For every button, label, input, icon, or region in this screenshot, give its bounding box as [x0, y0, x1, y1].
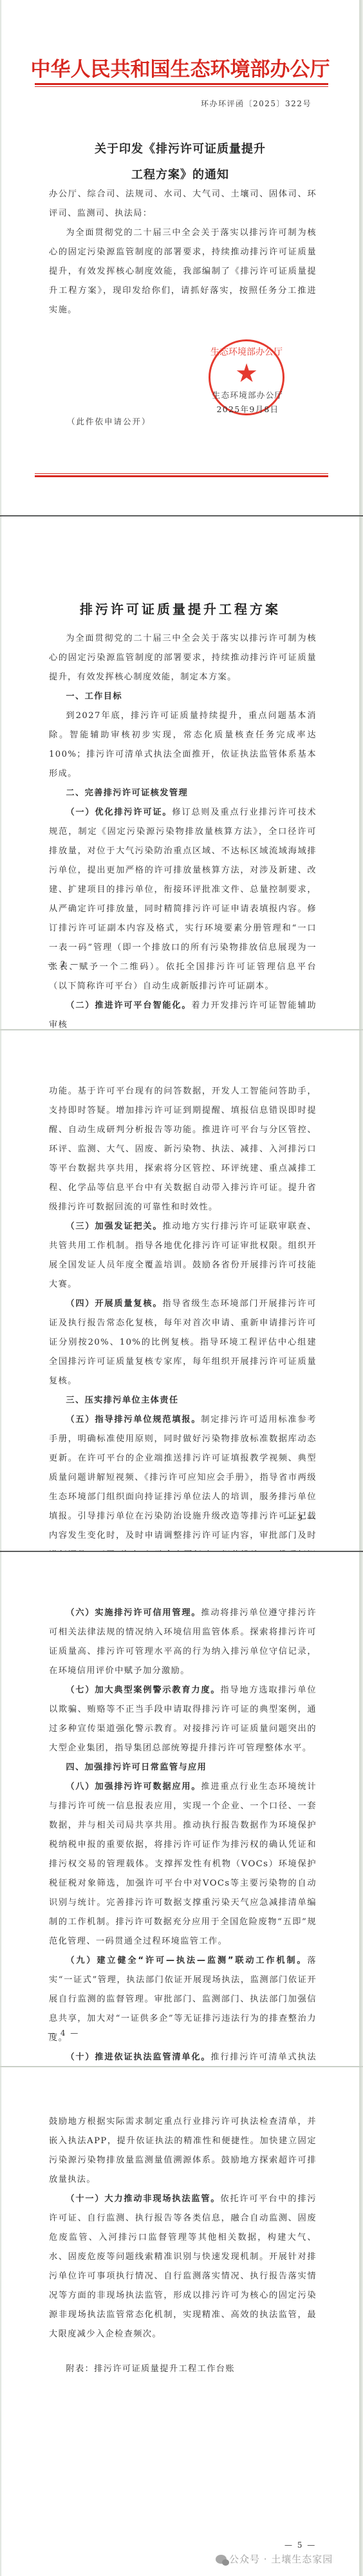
item-7-title: （七）加大典型案例警示教育力度。: [66, 1685, 220, 1695]
watermark-text: 公众号 · 土壤生态家园: [229, 2553, 333, 2565]
page-4: （六）实施排污许可信用管理。推动将排污单位遵守排污许可相关法律法规的情况纳入环境…: [1, 1552, 361, 2066]
attachment-note: 附表：排污许可证质量提升工程工作台账: [49, 2360, 317, 2379]
issuer-letterhead: 中华人民共和国生态环境部办公厅: [1, 53, 359, 82]
item-11-body: 依托许可平台中的排污许可证、自行监测、执行报告等各类信息，融合自动监测、固废危废…: [49, 2194, 317, 2339]
red-rule-bottom-thin: [35, 473, 328, 474]
notice-body: 办公厅、综合司、法规司、水司、大气司、土壤司、固体司、环评司、监测司、执法局： …: [49, 185, 317, 320]
item-1: （一）优化排污许可证。修订总则及重点行业排污许可技术规范，制定《固定污染源污染物…: [49, 803, 317, 996]
page-4-body: （六）实施排污许可信用管理。推动将排污单位遵守排污许可相关法律法规的情况纳入环境…: [49, 1604, 317, 2087]
item-2-title: （二）推进许可平台智能化。: [66, 1001, 191, 1010]
page-number: — 5 —: [284, 2541, 316, 2550]
item-11-title: （十一）大力推动非现场执法监管。: [66, 2194, 220, 2204]
notice-title-line1: 关于印发《排污许可证质量提升: [1, 137, 359, 162]
section-1-heading: 一、工作目标: [49, 687, 317, 706]
seal-star-icon: ★: [210, 361, 283, 386]
item-7-body: 指导地方选取排污单位以欺骗、贿赂等不正当手段申请取得排污许可证的典型案例，通过多…: [49, 1685, 317, 1753]
item-6-body: 推动将排污单位遵守排污许可相关法律法规的情况纳入环境信用监管体系。探索将排污许可…: [49, 1608, 317, 1676]
page-2-body: 为全面贯彻党的二十届三中全会关于落实以排污许可制为核心的固定污染源监管制度的部署…: [49, 629, 317, 1035]
item-4-title: （四）开展质量复核。: [66, 1299, 162, 1309]
wechat-icon: [216, 2555, 227, 2564]
seal-text: 生态环境部办公厅: [210, 345, 283, 358]
item-2-continued: 功能。基于许可平台现有的问答数据，开发人工智能问答助手，支持即时答疑。增加排污许…: [49, 1082, 317, 1217]
wechat-watermark: 公众号 · 土壤生态家园: [216, 2552, 333, 2566]
item-10-title: （十）推进依证执法监管清单化。: [66, 2052, 210, 2062]
plan-intro: 为全面贯彻党的二十届三中全会关于落实以排污许可制为核心的固定污染源监管制度的部署…: [49, 629, 317, 687]
item-7: （七）加大典型案例警示教育力度。指导地方选取排污单位以欺骗、贿赂等不正当手段申请…: [49, 1681, 317, 1758]
red-rule-bottom: [35, 475, 328, 477]
page-2: 排污许可证质量提升工程方案 为全面贯彻党的二十届三中全会关于落实以排污许可制为核…: [1, 516, 361, 1029]
item-9-body: 落实“一证式”管理，执法部门依证开展现场执法，监测部门依证开展自行监测的监督管理…: [49, 1956, 317, 2043]
document-number: 环办环评函〔2025〕322号: [201, 98, 312, 109]
page-number: — 4 —: [48, 2029, 79, 2038]
page-number: — 2 —: [48, 960, 79, 969]
item-3: （三）加强发证把关。推动地方实行排污许可证联审联查、共管共用工作机制。指导各地优…: [49, 1217, 317, 1294]
item-9: （九）建立健全“许可—执法—监测”联动工作机制。落实“一证式”管理，执法部门依证…: [49, 1951, 317, 2048]
item-9-title: （九）建立健全“许可—执法—监测”联动工作机制。: [66, 1956, 307, 1965]
recipients: 办公厅、综合司、法规司、水司、大气司、土壤司、固体司、环评司、监测司、执法局：: [49, 185, 317, 223]
red-rule-top-thin: [35, 86, 328, 87]
section-4-heading: 四、加强排污许可日常监管与应用: [49, 1758, 317, 1777]
item-8: （八）加强排污许可数据应用。推进重点行业生态环境统计与排污许可统一信息报表应用，…: [49, 1777, 317, 1951]
item-5-title: （五）指导排污单位规范填报。: [66, 1415, 201, 1425]
item-6-title: （六）实施排污许可信用管理。: [66, 1608, 201, 1618]
section-1-body: 到2027年底，排污许可证质量持续提升，重点问题基本消除。智能辅助审核初步实现，…: [49, 706, 317, 784]
item-4: （四）开展质量复核。指导省级生态环境部门开展排污许可证及执行报告常态化复核，每年…: [49, 1294, 317, 1391]
page-5: 鼓励地方根据实际需求制定重点行业排污许可执法检查清单，并嵌入执法APP，提升依证…: [1, 2067, 361, 2576]
section-3-heading: 三、压实排污单位主体责任: [49, 1391, 317, 1410]
item-6: （六）实施排污许可信用管理。推动将排污单位遵守排污许可相关法律法规的情况纳入环境…: [49, 1604, 317, 1681]
page-1: 中华人民共和国生态环境部办公厅 环办环评函〔2025〕322号 关于印发《排污许…: [1, 0, 361, 515]
item-8-title: （八）加强排污许可数据应用。: [66, 1782, 201, 1792]
section-2-heading: 二、完善排污许可证核发管理: [49, 784, 317, 803]
sign-date: 2025年9月8日: [206, 403, 290, 415]
item-1-body: 修订总则及重点行业排污许可技术规范，制定《固定污染源污染物排放量核算方法》，全口…: [49, 808, 317, 991]
item-1-title: （一）优化排污许可证。: [66, 808, 172, 817]
public-disclosure-note: （此件依申请公开）: [67, 415, 151, 427]
item-4-body: 指导省级生态环境部门开展排污许可证及执行报告常态化复核，每年对首次申请、重新申请…: [49, 1299, 317, 1386]
page-3: 功能。基于许可平台现有的问答数据，开发人工智能问答助手，支持即时答疑。增加排污许…: [1, 1030, 361, 1551]
page-5-body: 鼓励地方根据实际需求制定重点行业排污许可执法检查清单，并嵌入执法APP，提升依证…: [49, 2112, 317, 2379]
page-3-body: 功能。基于许可平台现有的问答数据，开发人工智能问答助手，支持即时答疑。增加排污许…: [49, 1082, 317, 1584]
item-3-title: （三）加强发证把关。: [66, 1222, 162, 1231]
item-8-body: 推进重点行业生态环境统计与排污许可统一信息报表应用，实现一个企业、一个口径、一套…: [49, 1782, 317, 1946]
item-11: （十一）大力推动非现场执法监管。依托许可平台中的排污许可证、自行监测、执行报告等…: [49, 2190, 317, 2344]
notice-title-line2: 工程方案》的通知: [1, 162, 359, 188]
notice-paragraph: 为全面贯彻党的二十届三中全会关于落实以排污许可制为核心的固定污染源监管制度的部署…: [49, 223, 317, 320]
notice-title: 关于印发《排污许可证质量提升 工程方案》的通知: [1, 137, 359, 188]
page-number: — 3 —: [284, 1513, 316, 1522]
red-rule-top: [35, 83, 328, 85]
plan-title: 排污许可证质量提升工程方案: [1, 599, 359, 618]
item-10-continued: 鼓励地方根据实际需求制定重点行业排污许可执法检查清单，并嵌入执法APP，提升依证…: [49, 2112, 317, 2190]
item-3-body: 推动地方实行排污许可证联审联查、共管共用工作机制。指导各地优化排污许可证审批权限…: [49, 1222, 317, 1289]
signer: 生态环境部办公厅: [206, 389, 290, 401]
